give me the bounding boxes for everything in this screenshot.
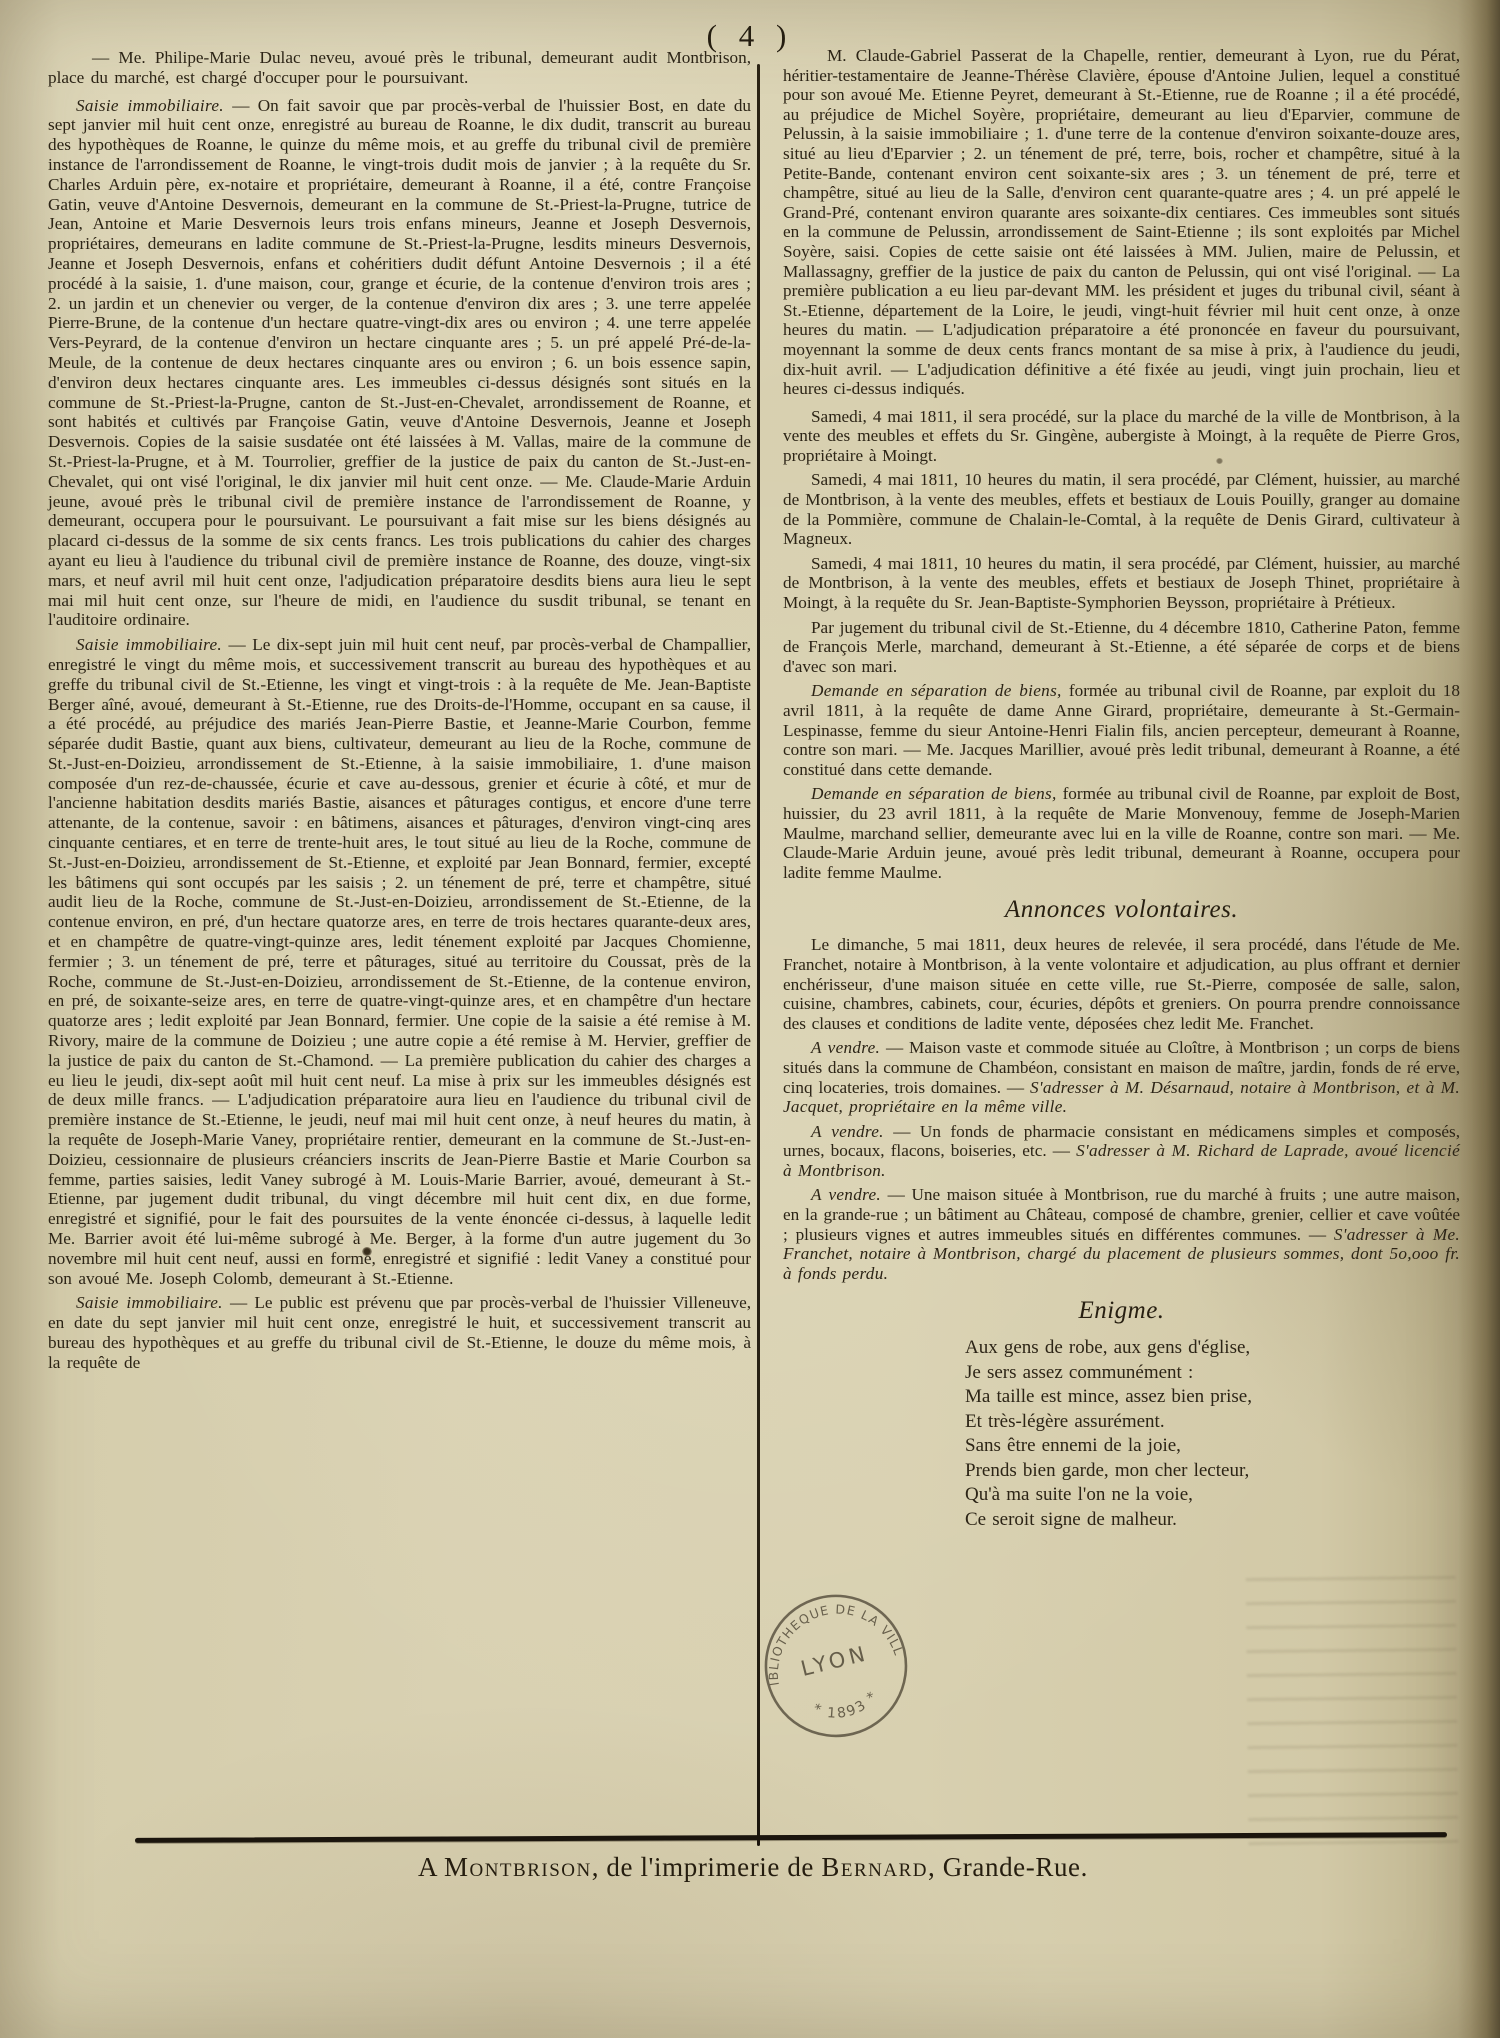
stamp-year-text: * 1893 * [807, 1685, 885, 1729]
annonce-a-vendre-maisons: A vendre. — Une maison située à Montbris… [783, 1185, 1460, 1283]
poem-line: Qu'à ma suite l'on ne la voie, [965, 1483, 1460, 1508]
saisie-immobiliaire-notice-2: Saisie immobiliaire. — Le dix-sept juin … [48, 635, 751, 1288]
paragraph-lead: Saisie immobiliaire. [76, 635, 222, 654]
column-divider-rule [757, 64, 760, 1846]
poem-line: Aux gens de robe, aux gens d'église, [965, 1336, 1460, 1361]
newspaper-page: ( 4 ) — Me. Philipe-Marie Dulac neveu, a… [0, 0, 1500, 2038]
paragraph-lead: Demande en séparation de biens, [811, 681, 1062, 700]
right-column: M. Claude-Gabriel Passerat de la Chapell… [783, 46, 1460, 1532]
paragraph-text: Le dimanche, 5 mai 1811, deux heures de … [783, 935, 1460, 1032]
vente-notice-pouilly: Samedi, 4 mai 1811, 10 heures du matin, … [783, 470, 1460, 548]
demande-separation-monvenouy: Demande en séparation de biens, formée a… [783, 784, 1460, 882]
imprint-printer: Bernard [821, 1852, 928, 1882]
paragraph-text: — Le dix-sept juin mil huit cent neuf, p… [48, 635, 751, 1288]
vente-notice-gingene: Samedi, 4 mai 1811, il sera procédé, sur… [783, 407, 1460, 466]
ink-bleedthrough [1245, 1555, 1458, 1845]
poem-line: Et très-légère assurément. [965, 1410, 1460, 1435]
paragraph-lead: A vendre. [811, 1122, 884, 1141]
saisie-immobiliaire-notice-1: Saisie immobiliaire. — On fait savoir qu… [48, 96, 751, 631]
poem-line: Sans être ennemi de la joie, [965, 1434, 1460, 1459]
section-heading-annonces-volontaires: Annonces volontaires. [783, 895, 1460, 925]
paragraph-lead: A vendre. [811, 1038, 880, 1057]
paper-edge [1458, 0, 1500, 2038]
paragraph-lead: Demande en séparation de biens, [811, 784, 1057, 803]
enigme-poem: Aux gens de robe, aux gens d'église, Je … [965, 1336, 1460, 1532]
left-column: — Me. Philipe-Marie Dulac neveu, avoué p… [48, 48, 751, 1378]
poem-line: Ma taille est mince, assez bien prise, [965, 1385, 1460, 1410]
imprint-text: , Grande-Rue. [928, 1852, 1088, 1882]
paragraph-text: Samedi, 4 mai 1811, 10 heures du matin, … [783, 554, 1460, 612]
demande-separation-girard: Demande en séparation de biens, formée a… [783, 681, 1460, 779]
section-heading-enigme: Enigme. [783, 1296, 1460, 1326]
svg-text:* 1893 *: * 1893 * [807, 1685, 885, 1729]
continuation-paragraph: — Me. Philipe-Marie Dulac neveu, avoué p… [48, 48, 751, 88]
imprint-city: Montbrison [444, 1852, 592, 1882]
jugement-separation-paton: Par jugement du tribunal civil de St.-Et… [783, 618, 1460, 677]
paragraph-lead: Saisie immobiliaire. [76, 1293, 223, 1312]
vente-notice-thinet: Samedi, 4 mai 1811, 10 heures du matin, … [783, 554, 1460, 613]
imprint-text: , de l'imprimerie de [592, 1852, 822, 1882]
poem-line: Je sers assez communément : [965, 1361, 1460, 1386]
ink-spot [362, 1247, 372, 1256]
paragraph-lead: Saisie immobiliaire. [76, 96, 224, 115]
poem-line: Prends bien garde, mon cher lecteur, [965, 1459, 1460, 1484]
paragraph-text: — Me. Philipe-Marie Dulac neveu, avoué p… [48, 48, 751, 87]
poem-line: Ce seroit signe de malheur. [965, 1508, 1460, 1533]
paragraph-text: Samedi, 4 mai 1811, 10 heures du matin, … [783, 470, 1460, 548]
imprint-text: A [418, 1852, 444, 1882]
saisie-continuation-paragraph: M. Claude-Gabriel Passerat de la Chapell… [783, 46, 1460, 399]
annonce-a-vendre-cloitre: A vendre. — Maison vaste et commode situ… [783, 1038, 1460, 1116]
annonce-vente-franchet: Le dimanche, 5 mai 1811, deux heures de … [783, 935, 1460, 1033]
ink-spot [1216, 458, 1223, 464]
library-stamp: BIBLIOTHEQUE DE LA VILLE LYON * 1893 * [731, 1558, 940, 1767]
paragraph-text: — On fait savoir que par procès-verbal d… [48, 96, 751, 630]
imprint-line: A Montbrison, de l'imprimerie de Bernard… [0, 1852, 1500, 1883]
saisie-immobiliaire-notice-3: Saisie immobiliaire. — Le public est pré… [48, 1293, 751, 1372]
stamp-center-text: LYON [798, 1641, 871, 1681]
paragraph-text: Par jugement du tribunal civil de St.-Et… [783, 618, 1460, 676]
paragraph-text: M. Claude-Gabriel Passerat de la Chapell… [783, 46, 1460, 398]
annonce-a-vendre-pharmacie: A vendre. — Un fonds de pharmacie consis… [783, 1122, 1460, 1181]
paragraph-text: Samedi, 4 mai 1811, il sera procédé, sur… [783, 407, 1460, 465]
paragraph-lead: A vendre. [811, 1185, 881, 1204]
